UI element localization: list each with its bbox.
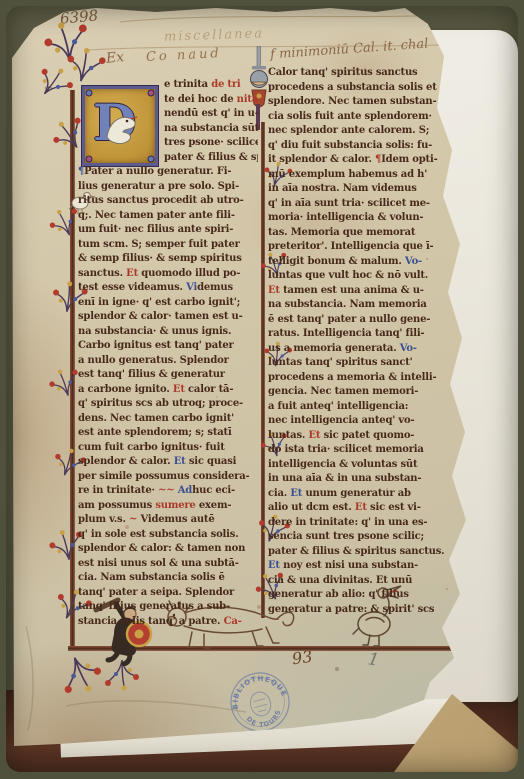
- manuscript-text-line: ratus. Intelligencia tanq' fili-: [268, 327, 456, 342]
- manuscript-text-line: splendor & calor: & tamen non: [78, 542, 258, 557]
- manuscript-text-line: Calor tanq' spiritus sanctus: [268, 66, 456, 81]
- manuscript-text-line: cia & una divinitas. Et unū: [268, 574, 456, 589]
- manuscript-text-line: generatur ab alio: q' filius: [268, 588, 456, 603]
- manuscript-text-line: na substancia sūt: [164, 122, 258, 137]
- manuscript-text-line: tas. Memoria que memorat: [268, 226, 456, 241]
- manuscript-text-line: preteritor'. Intelligencia que ī-: [268, 240, 456, 255]
- manuscript-text-line: plum v.s. ~ Videmus autē: [78, 513, 258, 528]
- manuscript-text-line: ¶Pater a nullo generatur. Fi-: [78, 165, 258, 180]
- manuscript-text-line: luntas tanq' spiritus sanct': [268, 356, 456, 371]
- manuscript-text-line: Et noy est nisi una substan-: [268, 559, 456, 574]
- manuscript-text-line: & semp filius· & semp spiritus: [78, 252, 258, 267]
- manuscript-text-line: pater & filius & spiritus sanctus.: [268, 545, 456, 560]
- manuscript-text-line: tres psone· scilicet: [164, 136, 258, 151]
- manuscript-text-line: ē est tanq' pater a nullo gene-: [268, 313, 456, 328]
- parchment-speckles: [6, 6, 8, 8]
- manuscript-text-line: intelligencia & voluntas sūt: [268, 458, 456, 473]
- manuscript-text-line: am possumus sumere exem-: [78, 499, 258, 514]
- manuscript-text-line: in una aīa & in una substan-: [268, 472, 456, 487]
- manuscript-text-line: test esse videamus. Videmus: [78, 281, 258, 296]
- manuscript-text-line: cum fuit carbo ignitus· fuit: [78, 441, 258, 456]
- manuscript-text-line: mū exemplum habemus ad h': [268, 168, 456, 183]
- manuscript-text-line: us a memoria generata. Vo-: [268, 342, 456, 357]
- manuscript-text-line: splendor & calor· tamen est u-: [78, 310, 258, 325]
- manuscript-text-line: q' in sole est substancia solis.: [78, 528, 258, 543]
- manuscript-text-line: q' spiritus scs ab utroq; proce-: [78, 397, 258, 412]
- manuscript-text-line: alio ut dcm est. Et sic est vi-: [268, 501, 456, 516]
- manuscript-text-line: est tanq' filius & generatur: [78, 368, 258, 383]
- manuscript-text-line: e trinita de tri: [164, 78, 258, 93]
- manuscript-text-line: telligit bonum & malum. Vo-: [268, 255, 456, 270]
- manuscript-text-line: a carbone ignito. Et calor tā-: [78, 383, 258, 398]
- manuscript-text-line: it splendor & calor. ¶Idem opti-: [268, 153, 456, 168]
- manuscript-text-line: re in trinitate· ~~ Adhuc eci-: [78, 484, 258, 499]
- manuscript-text-line: splendore. Nec tamen substan-: [268, 95, 456, 110]
- manuscript-text-line: procedens a substancia solis et: [268, 81, 456, 96]
- manuscript-text-line: stancia solis tanq' a patre. Ca-: [78, 615, 258, 630]
- slide-photo-frame: 6398 miscellanea Ex Co naud f minimoniū …: [0, 0, 524, 779]
- manuscript-text-line: in aīa nostra. Nam videmus: [268, 182, 456, 197]
- manuscript-text-line: q' in aīa sunt tria· scilicet me-: [268, 197, 456, 212]
- manuscript-text-line: tanq' filius generatus a sub-: [78, 600, 258, 615]
- manuscript-text-line: na substancia· & unus ignis.: [78, 325, 258, 340]
- manuscript-text-line: pater & filius & spiritus sancti.: [164, 151, 258, 166]
- manuscript-text-line: do ista tria· scilicet memoria: [268, 443, 456, 458]
- manuscript-text-line: cia. Et unum generatur ab: [268, 487, 456, 502]
- manuscript-text-line: splendor & calor. Et sic quasi: [78, 455, 258, 470]
- manuscript-text-line: est ante splendorem; s; statī: [78, 426, 258, 441]
- manuscript-text-line: procedens a memoria & intelli-: [268, 371, 456, 386]
- manuscript-text-line: enī in igne· q' est carbo ignit';: [78, 296, 258, 311]
- manuscript-text-line: ritus sanctus procedit ab utro-: [78, 194, 258, 209]
- manuscript-text-line: dere in trinitate: q' in una es-: [268, 516, 456, 531]
- manuscript-text-line: cia. Nam substancia solis ē: [78, 571, 258, 586]
- manuscript-text-line: luntas que vult hoc & nō vult.: [268, 269, 456, 284]
- manuscript-text-line: q' diu fuit substancia solis: fu-: [268, 139, 456, 154]
- manuscript-text-line: q;. Nec tamen pater ante fili-: [78, 209, 258, 224]
- manuscript-text-line: a nullo generatus. Splendor: [78, 354, 258, 369]
- manuscript-text-line: nec intelligencia anteq' vo-: [268, 414, 456, 429]
- manuscript-text-line: Carbo ignitus est tanq' pater: [78, 339, 258, 354]
- manuscript-text-line: nec splendor ante calorem. S;: [268, 124, 456, 139]
- manuscript-text-line: sencia sunt tres psone scilic;: [268, 530, 456, 545]
- manuscript-text-line: a fuit anteq' intelligencia:: [268, 400, 456, 415]
- manuscript-text-line: gencia. Nec tamen memori-: [268, 385, 456, 400]
- manuscript-text-line: nendū est q' in u-: [164, 107, 258, 122]
- manuscript-text-line: um fuit· nec filius ante spiri-: [78, 223, 258, 238]
- manuscript-text-line: est nisi unus sol & una subtā-: [78, 557, 258, 572]
- manuscript-text-line: tanq' pater a seipa. Splendor: [78, 586, 258, 601]
- manuscript-text-line: generatur a patre: & spirit' scs: [268, 603, 456, 618]
- text-column-right: Calor tanq' spiritus sanctusprocedens a …: [268, 66, 456, 617]
- parchment-page: 6398 miscellanea Ex Co naud f minimoniū …: [6, 6, 518, 772]
- manuscript-photograph: 6398 miscellanea Ex Co naud f minimoniū …: [6, 6, 518, 772]
- manuscript-text-line: tum scm. S; semper fuit pater: [78, 238, 258, 253]
- manuscript-text-line: te dei hoc de nitate: [164, 93, 258, 108]
- manuscript-text-line: moria· intelligencia & volun-: [268, 211, 456, 226]
- manuscript-text-line: na substancia. Nam memoria: [268, 298, 456, 313]
- manuscript-text-line: Et tamen est una anima & u-: [268, 284, 456, 299]
- manuscript-text-line: lius generatur a pre solo. Spi-: [78, 180, 258, 195]
- manuscript-text-line: per simile possumus considera-: [78, 470, 258, 485]
- manuscript-text-line: cia solis fuit ante splendorem·: [268, 110, 456, 125]
- manuscript-text-line: sanctus. Et quomodo illud po-: [78, 267, 258, 282]
- manuscript-text-line: dens. Nec tamen carbo ignit': [78, 412, 258, 427]
- manuscript-text-line: luntas. Et sic patet quomo-: [268, 429, 456, 444]
- text-column-left: e trinita de trite dei hoc de nitatenend…: [78, 78, 258, 629]
